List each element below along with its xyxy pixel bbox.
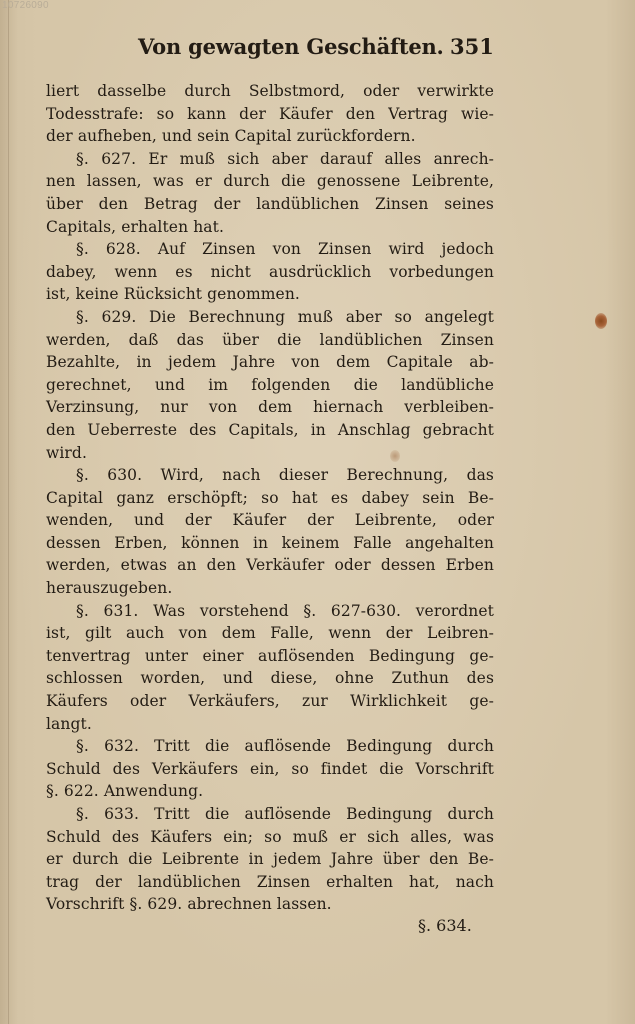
paragraph-start-line: §. 630. Wird, nach dieser Berechnung, da… xyxy=(46,464,494,487)
text-line: trag der landüblichen Zinsen erhalten ha… xyxy=(46,871,494,894)
text-line: nen lassen, was er durch die genossene L… xyxy=(46,170,494,193)
text-line: Capital ganz erschöpft; so hat es dabey … xyxy=(46,487,494,510)
ink-stain xyxy=(595,313,607,329)
text-line: über den Betrag der landüblichen Zinsen … xyxy=(46,193,494,216)
body-text: liert dasselbe durch Selbstmord, oder ve… xyxy=(46,80,494,916)
page-header: Von gewagten Geschäften. 351 xyxy=(0,30,635,66)
page-gutter-shadow xyxy=(8,0,9,1024)
text-line: er durch die Leibrente in jedem Jahre üb… xyxy=(46,848,494,871)
text-line: der aufheben, und sein Capital zurückfor… xyxy=(46,125,494,148)
paragraph-start-line: §. 631. Was vorstehend §. 627-630. veror… xyxy=(46,600,494,623)
text-line: Bezahlte, in jedem Jahre von dem Capital… xyxy=(46,351,494,374)
text-line: dabey, wenn es nicht ausdrücklich vorbed… xyxy=(46,261,494,284)
text-line: wenden, und der Käufer der Leibrente, od… xyxy=(46,509,494,532)
paragraph-start-line: §. 628. Auf Zinsen von Zinsen wird jedoc… xyxy=(46,238,494,261)
text-line: ist, gilt auch von dem Falle, wenn der L… xyxy=(46,622,494,645)
running-title: Von gewagten Geschäften. xyxy=(138,34,444,59)
text-line: schlossen worden, und diese, ohne Zuthun… xyxy=(46,667,494,690)
text-line: werden, etwas an den Verkäufer oder dess… xyxy=(46,554,494,577)
text-line: Verzinsung, nur von dem hiernach verblei… xyxy=(46,396,494,419)
text-line: Schuld des Käufers ein; so muß er sich a… xyxy=(46,826,494,849)
text-line: Vorschrift §. 629. abrechnen lassen. xyxy=(46,893,494,916)
text-line: ist, keine Rücksicht genommen. xyxy=(46,283,494,306)
paragraph-start-line: §. 622. Anwendung. xyxy=(46,780,494,803)
text-line: den Ueberreste des Capitals, in Anschlag… xyxy=(46,419,494,442)
text-line: Todesstrafe: so kann der Käufer den Vert… xyxy=(46,103,494,126)
text-line: werden, daß das über die landüblichen Zi… xyxy=(46,329,494,352)
text-line: Käufers oder Verkäufers, zur Wirklichkei… xyxy=(46,690,494,713)
text-line: wird. xyxy=(46,442,494,465)
scan-id-label: 10726090 xyxy=(2,0,49,11)
text-line: liert dasselbe durch Selbstmord, oder ve… xyxy=(46,80,494,103)
catchword: §. 634. xyxy=(418,916,472,935)
paragraph-start-line: §. 632. Tritt die auflösende Bedingung d… xyxy=(46,735,494,758)
text-line: herauszugeben. xyxy=(46,577,494,600)
text-line: Capitals, erhalten hat. xyxy=(46,216,494,239)
text-line: gerechnet, und im folgenden die landübli… xyxy=(46,374,494,397)
text-line: dessen Erben, können in keinem Falle ang… xyxy=(46,532,494,555)
text-line: tenvertrag unter einer auflösenden Bedin… xyxy=(46,645,494,668)
text-line: langt. xyxy=(46,713,494,736)
text-line: Schuld des Verkäufers ein, so findet die… xyxy=(46,758,494,781)
paragraph-start-line: §. 629. Die Berechnung muß aber so angel… xyxy=(46,306,494,329)
paragraph-start-line: §. 633. Tritt die auflösende Bedingung d… xyxy=(46,803,494,826)
paragraph-start-line: §. 627. Er muß sich aber darauf alles an… xyxy=(46,148,494,171)
page-number: 351 xyxy=(450,34,494,59)
